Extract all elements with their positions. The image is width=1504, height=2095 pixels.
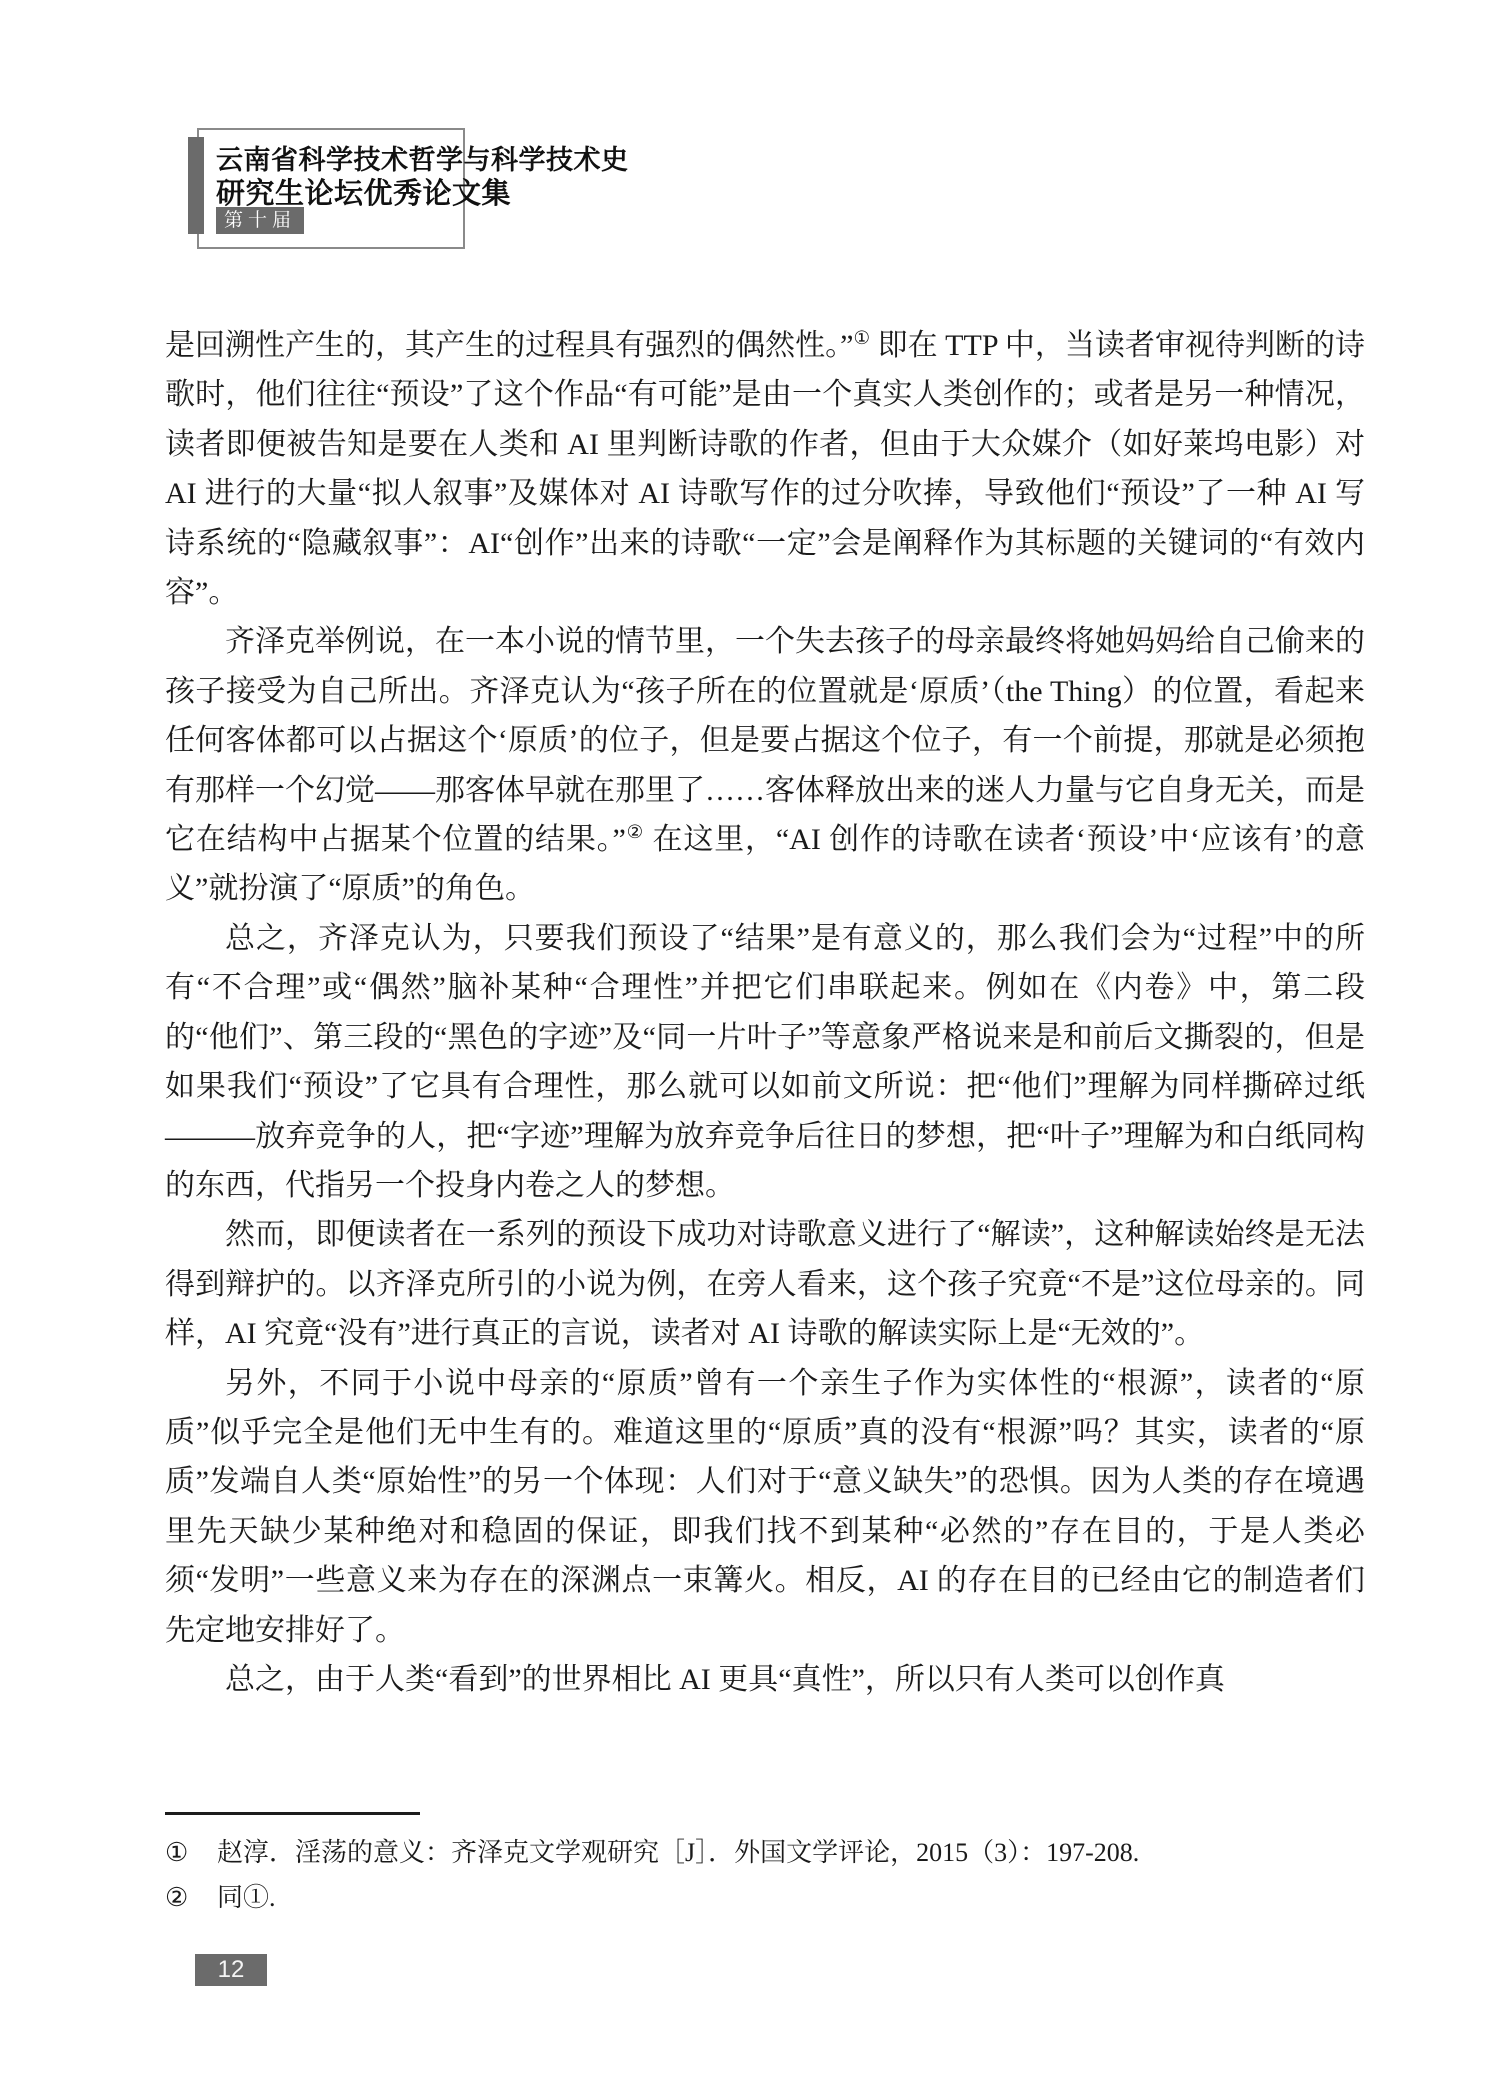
footnote-text: 赵淳．淫荡的意义：齐泽克文学观研究［J］．外国文学评论，2015（3）：197-… — [217, 1830, 1365, 1875]
footnote-text: 同①. — [217, 1875, 1365, 1920]
page-number-badge: 12 — [195, 1954, 267, 1986]
footnote-marker: ① — [165, 1830, 217, 1875]
footnotes: ①赵淳．淫荡的意义：齐泽克文学观研究［J］．外国文学评论，2015（3）：197… — [165, 1830, 1365, 1920]
paragraph: 总之，由于人类“看到”的世界相比 AI 更具“真性”，所以只有人类可以创作真 — [165, 1655, 1365, 1704]
paragraph: 然而，即便读者在一系列的预设下成功对诗歌意义进行了“解读”，这种解读始终是无法得… — [165, 1210, 1365, 1358]
paragraph: 另外，不同于小说中母亲的“原质”曾有一个亲生子作为实体性的“根源”，读者的“原质… — [165, 1359, 1365, 1655]
footnote-item: ①赵淳．淫荡的意义：齐泽克文学观研究［J］．外国文学评论，2015（3）：197… — [165, 1830, 1365, 1875]
footnote-marker: ② — [165, 1875, 217, 1920]
footnote-item: ②同①. — [165, 1875, 1365, 1920]
paragraph: 总之，齐泽克认为，只要我们预设了“结果”是有意义的，那么我们会为“过程”中的所有… — [165, 914, 1365, 1210]
paragraph: 是回溯性产生的，其产生的过程具有强烈的偶然性。”① 即在 TTP 中，当读者审视… — [165, 321, 1365, 617]
edition-badge: 第十届 — [216, 207, 304, 234]
footnote-separator-rule — [165, 1812, 420, 1815]
body-paragraphs: 是回溯性产生的，其产生的过程具有强烈的偶然性。”① 即在 TTP 中，当读者审视… — [165, 321, 1365, 1704]
header-accent-bar — [188, 137, 204, 234]
footnote-area: ①赵淳．淫荡的意义：齐泽克文学观研究［J］．外国文学评论，2015（3）：197… — [165, 1812, 1365, 1920]
paragraph: 齐泽克举例说，在一本小说的情节里，一个失去孩子的母亲最终将她妈妈给自己偷来的孩子… — [165, 617, 1365, 913]
document-page: 云南省科学技术哲学与科学技术史 研究生论坛优秀论文集 第十届 是回溯性产生的，其… — [0, 0, 1504, 2095]
series-title-line2: 研究生论坛优秀论文集 — [216, 171, 511, 212]
